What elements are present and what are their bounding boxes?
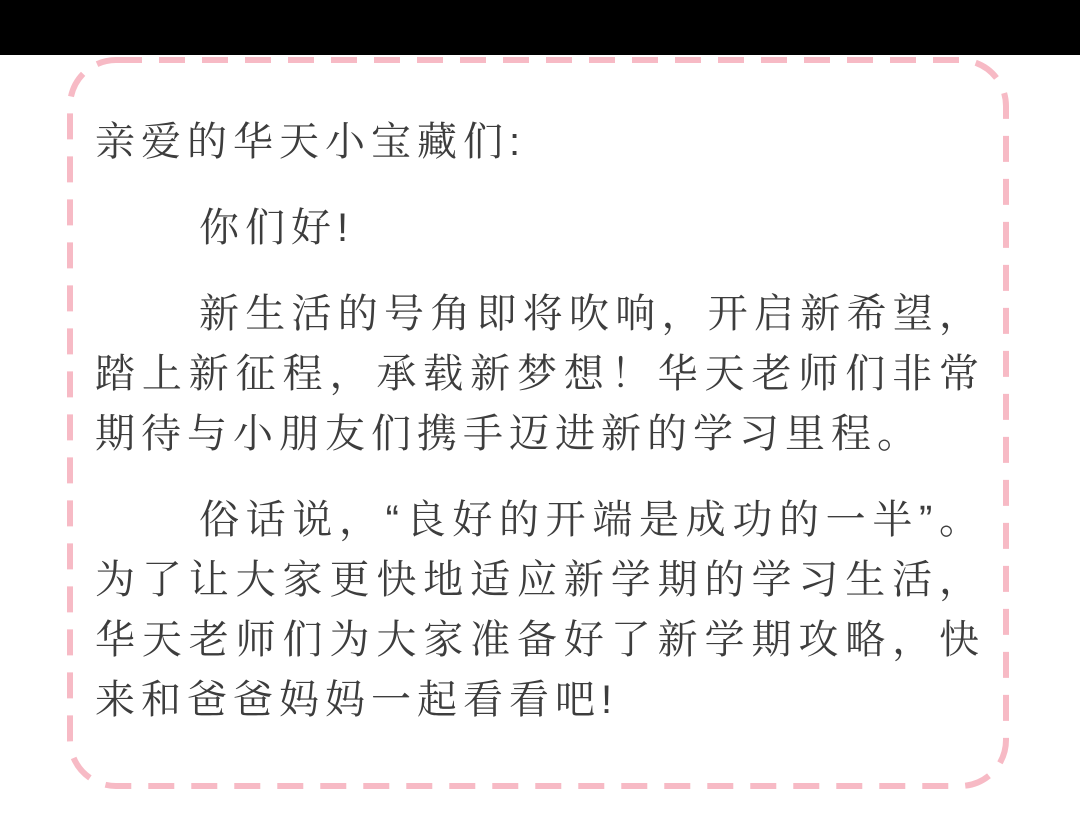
- letterbox-bar: [0, 0, 1080, 55]
- letter-paragraph-1: 新生活的号角即将吹响，开启新希望，踏上新征程，承载新梦想！华天老师们非常期待与小…: [95, 284, 985, 464]
- letter-body: 亲爱的华天小宝藏们: 你们好! 新生活的号角即将吹响，开启新希望，踏上新征程，承…: [95, 112, 985, 730]
- letter-salutation: 亲爱的华天小宝藏们:: [95, 112, 985, 172]
- page: 亲爱的华天小宝藏们: 你们好! 新生活的号角即将吹响，开启新希望，踏上新征程，承…: [0, 0, 1080, 825]
- letter-greeting: 你们好!: [95, 198, 985, 258]
- letter-paragraph-2: 俗话说，“良好的开端是成功的一半”。为了让大家更快地适应新学期的学习生活，华天老…: [95, 490, 985, 730]
